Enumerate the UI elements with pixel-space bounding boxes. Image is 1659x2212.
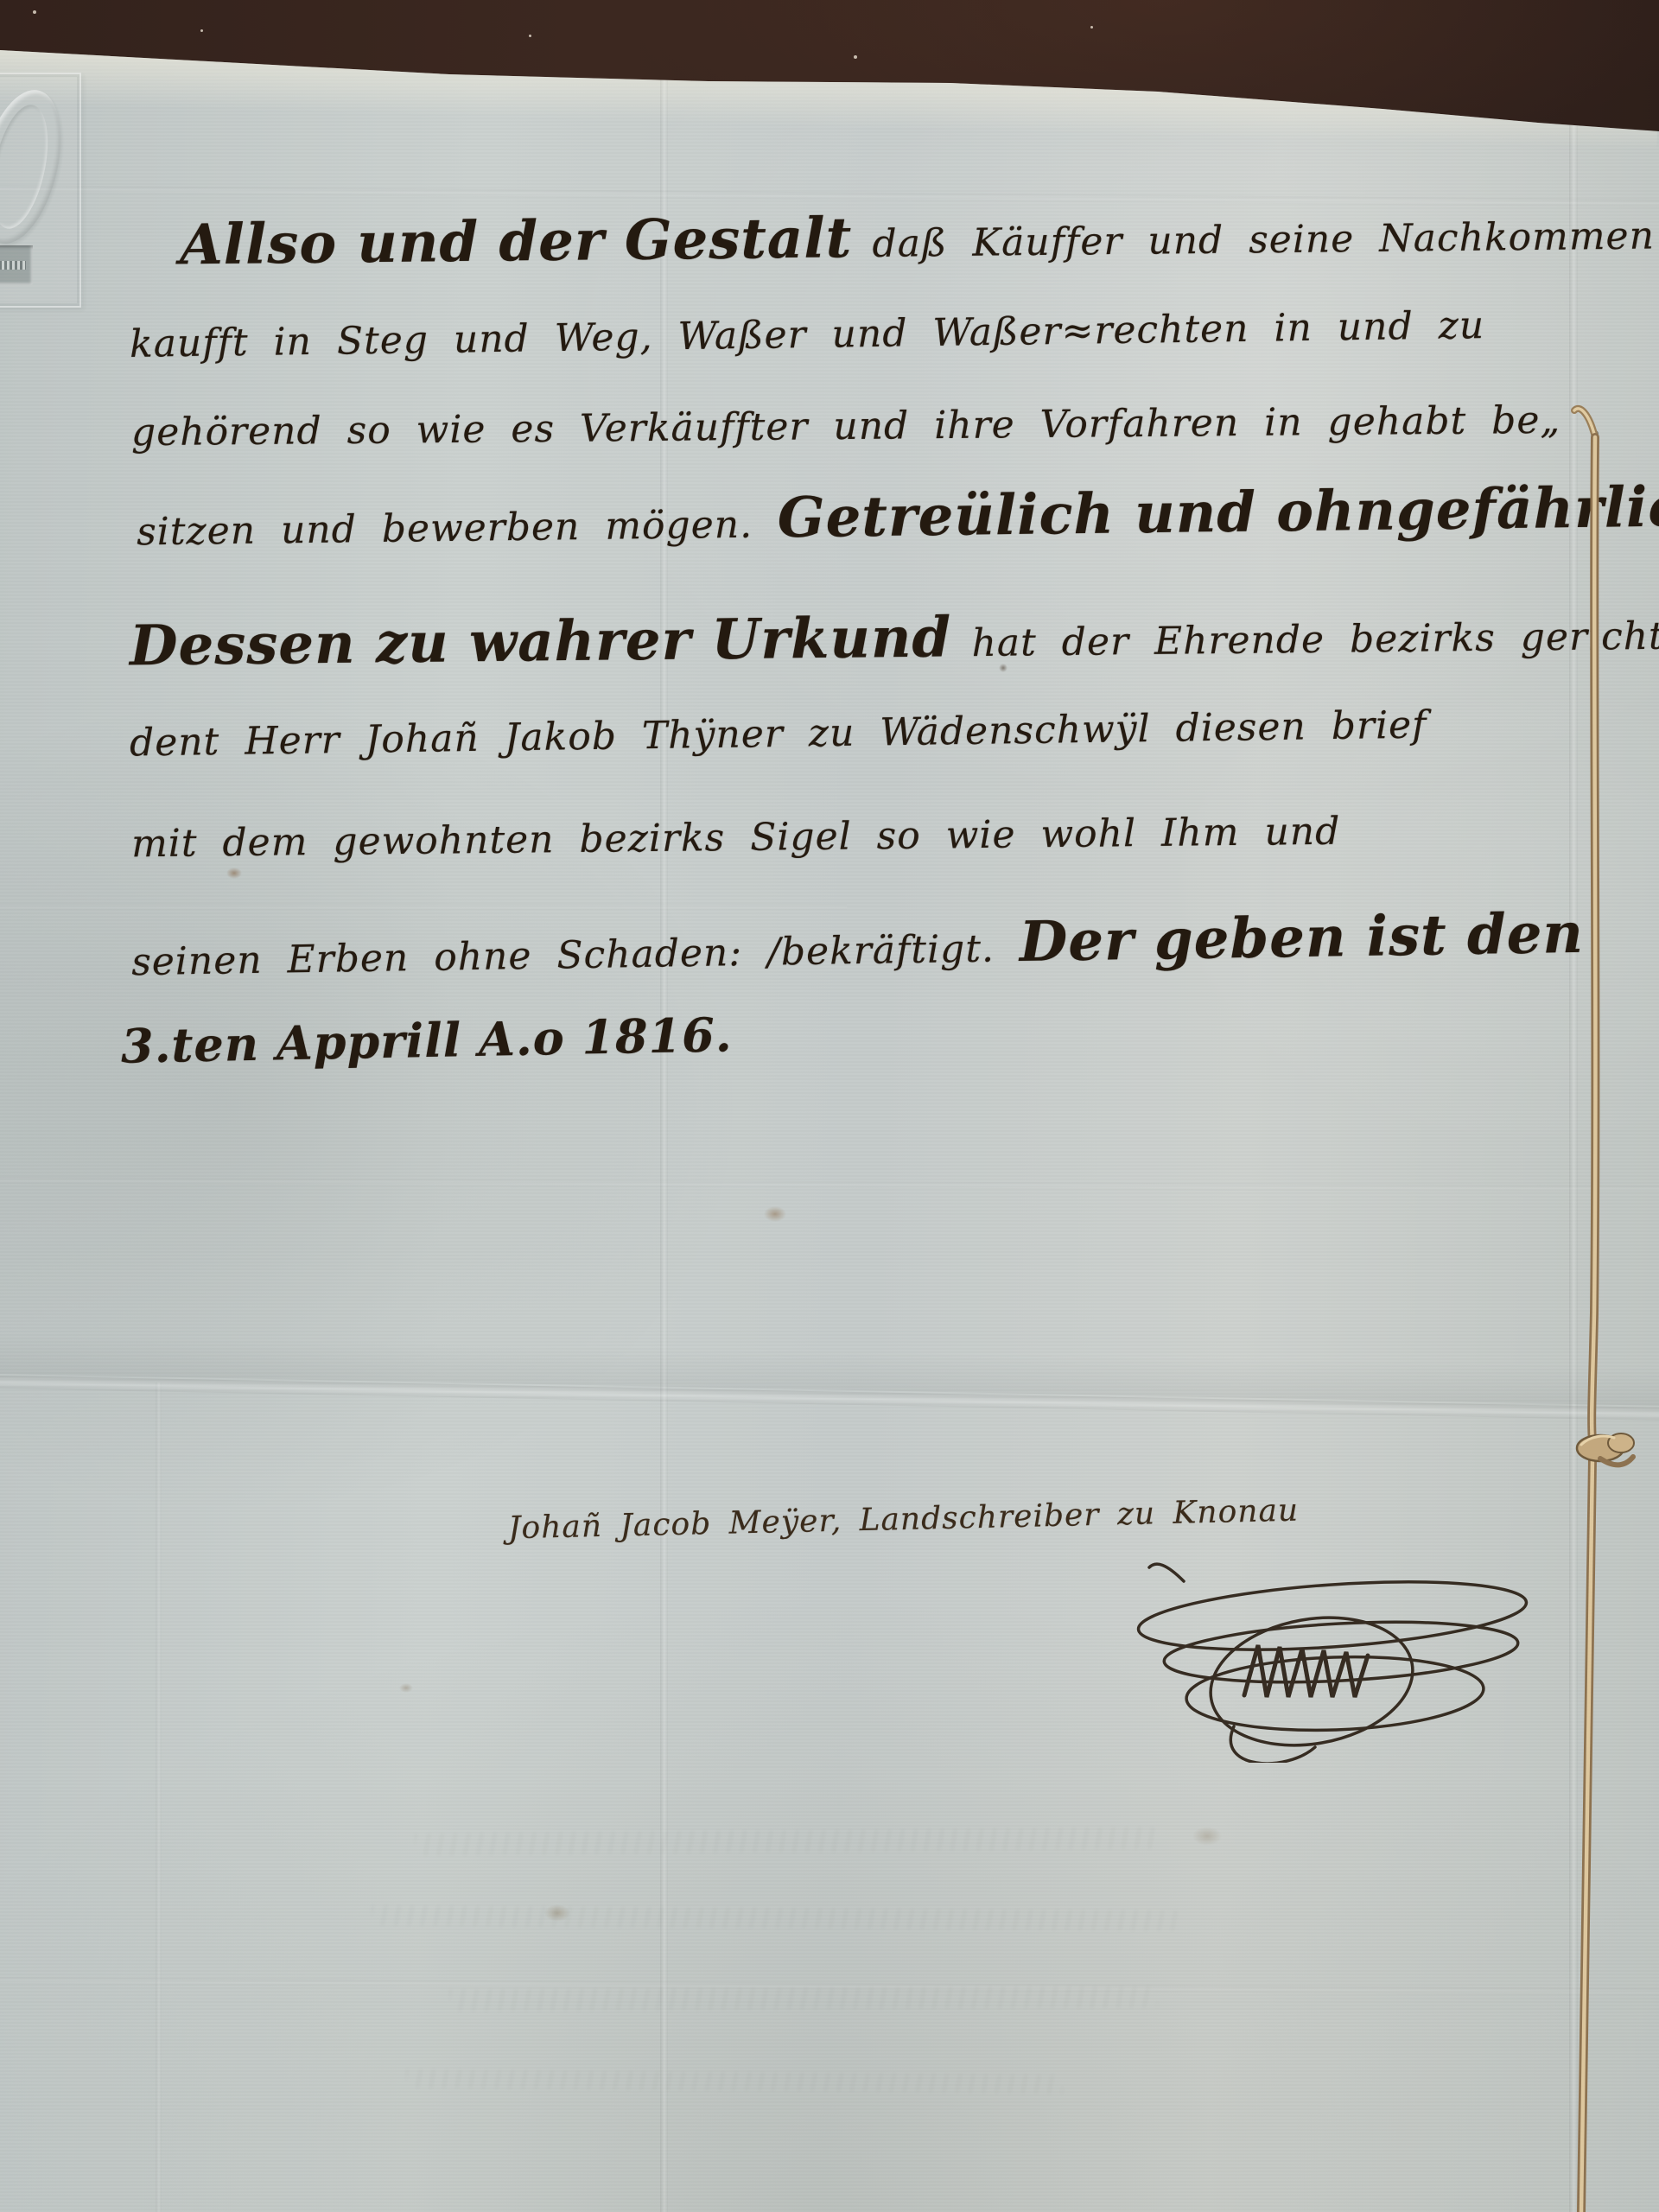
manuscript-paper-sheet: Allso und der Gestalt daß Käuffer und se… [0, 0, 1659, 2212]
dust-speck [1090, 26, 1093, 29]
binding-thread [0, 0, 1659, 2212]
photograph-of-document: Allso und der Gestalt daß Käuffer und se… [0, 0, 1659, 2212]
thread-knot [1577, 1433, 1634, 1465]
dust-speck [854, 55, 857, 59]
dust-speck [33, 10, 36, 14]
dust-speck [529, 35, 531, 37]
dust-speck [200, 29, 203, 32]
